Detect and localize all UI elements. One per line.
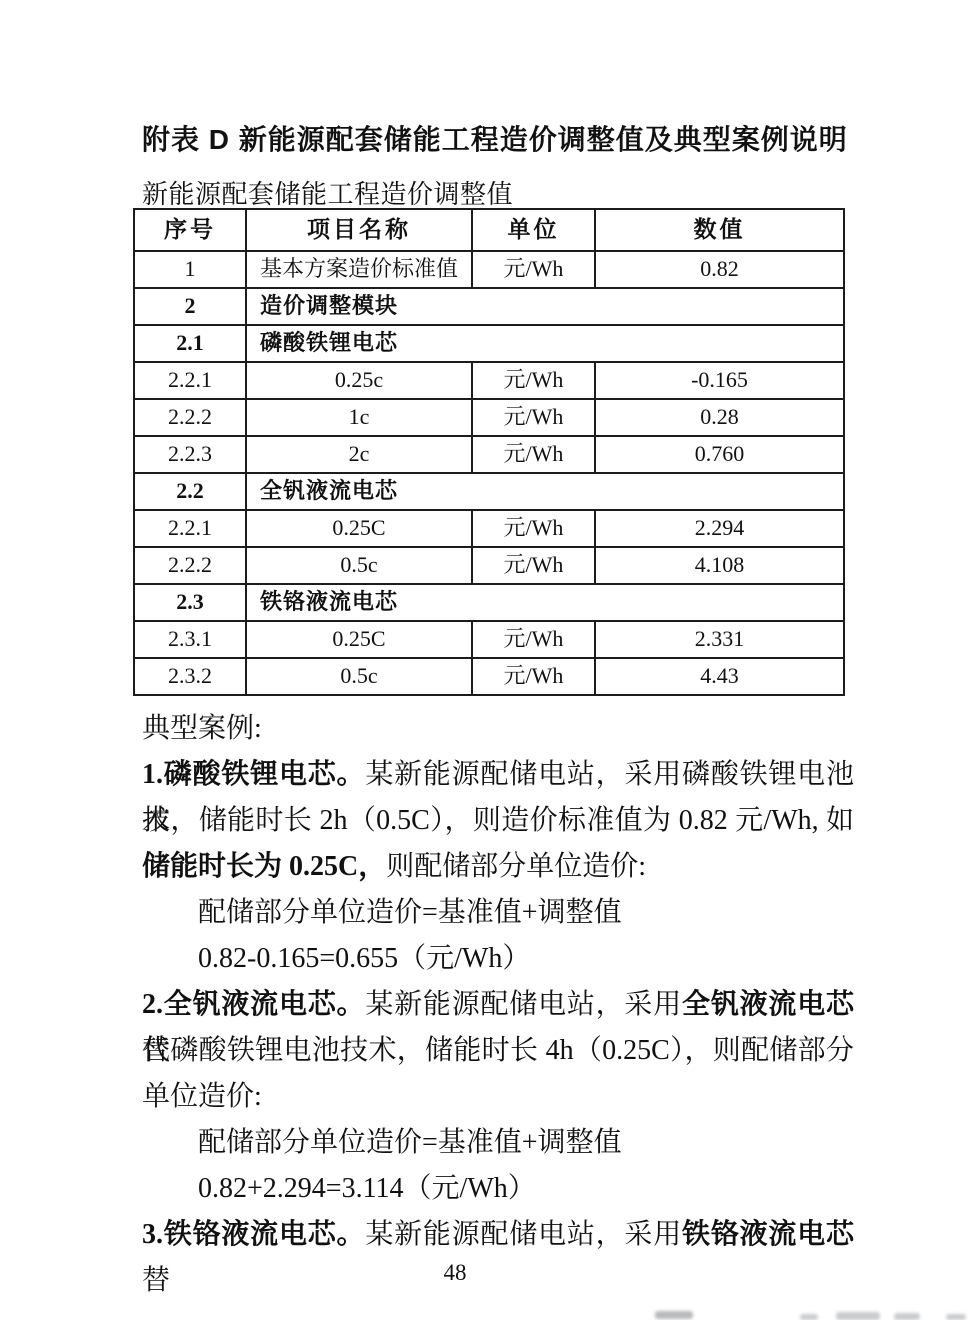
header-cell-unit: 单位 — [472, 209, 595, 251]
case-line: 术，储能时长 2h（0.5C），则造价标准值为 0.82 元/Wh, 如 — [142, 798, 854, 844]
cost-adjustment-table: 序号 项目名称 单位 数值 1 基本方案造价标准值 元/Wh 0.82 2 造价… — [133, 208, 845, 696]
cell-name: 0.25C — [246, 621, 472, 658]
table-row: 2.3.1 0.25C 元/Wh 2.331 — [134, 621, 844, 658]
case-formula-line: 配储部分单位造价=基准值+调整值 — [142, 1120, 854, 1166]
cell-unit: 元/Wh — [472, 621, 595, 658]
page-title: 附表 D 新能源配套储能工程造价调整值及典型案例说明 — [142, 118, 862, 158]
cell-name: 基本方案造价标准值 — [246, 251, 472, 288]
cell-name: 0.25C — [246, 510, 472, 547]
case-line: 单位造价: — [142, 1074, 854, 1120]
cell-unit: 元/Wh — [472, 547, 595, 584]
cell-name: 1c — [246, 399, 472, 436]
cell-value: -0.165 — [595, 362, 844, 399]
table-row: 2.2.1 0.25C 元/Wh 2.294 — [134, 510, 844, 547]
case-formula-line: 0.82+2.294=3.114（元/Wh） — [142, 1166, 854, 1212]
watermark-fragment — [946, 1314, 966, 1320]
case-term: 1.磷酸铁锂电芯。 — [142, 759, 365, 790]
cell-value: 0.28 — [595, 399, 844, 436]
cell-no: 2.2.1 — [134, 510, 246, 547]
cell-no: 2.2.2 — [134, 399, 246, 436]
cell-no: 2.2.2 — [134, 547, 246, 584]
cell-name: 0.5c — [246, 547, 472, 584]
case-line: 代磷酸铁锂电池技术，储能时长 4h（0.25C），则配储部分 — [142, 1028, 854, 1074]
table-row: 2.2.1 0.25c 元/Wh -0.165 — [134, 362, 844, 399]
cell-value: 0.82 — [595, 251, 844, 288]
watermark-fragment — [836, 1312, 880, 1320]
cell-unit: 元/Wh — [472, 251, 595, 288]
case-line: 储能时长为 0.25C，则配储部分单位造价: — [142, 844, 854, 890]
cell-group-name: 全钒液流电芯 — [246, 473, 844, 510]
case-formula-line: 0.82-0.165=0.655（元/Wh） — [142, 936, 854, 982]
case-section-heading: 典型案例: — [142, 706, 854, 752]
table-row: 2.2.3 2c 元/Wh 0.760 — [134, 436, 844, 473]
cell-unit: 元/Wh — [472, 399, 595, 436]
typical-cases-section: 典型案例: 1.磷酸铁锂电芯。某新能源配储电站，采用磷酸铁锂电池技 术，储能时长… — [142, 706, 854, 1258]
cell-unit: 元/Wh — [472, 658, 595, 695]
cell-name: 0.25c — [246, 362, 472, 399]
cell-no: 2.2.3 — [134, 436, 246, 473]
table-row: 2.3.2 0.5c 元/Wh 4.43 — [134, 658, 844, 695]
table-title: 新能源配套储能工程造价调整值 — [142, 174, 742, 211]
table-row: 2.2.2 1c 元/Wh 0.28 — [134, 399, 844, 436]
case-term: 2.全钒液流电芯。 — [142, 989, 365, 1020]
cell-value: 0.760 — [595, 436, 844, 473]
cell-no: 2.2 — [134, 473, 246, 510]
cell-group-name: 铁铬液流电芯 — [246, 584, 844, 621]
watermark-fragment — [655, 1311, 693, 1319]
header-cell-value: 数值 — [595, 209, 844, 251]
cell-value: 2.331 — [595, 621, 844, 658]
watermark-fragment — [800, 1314, 818, 1320]
table-group-row: 2 造价调整模块 — [134, 288, 844, 325]
table-group-row: 2.2 全钒液流电芯 — [134, 473, 844, 510]
cell-no: 2.2.1 — [134, 362, 246, 399]
cell-value: 2.294 — [595, 510, 844, 547]
cell-no: 2.3 — [134, 584, 246, 621]
table-group-row: 2.1 磷酸铁锂电芯 — [134, 325, 844, 362]
case-line: 2.全钒液流电芯。某新能源配储电站，采用全钒液流电芯替 — [142, 982, 854, 1028]
page-number: 48 — [385, 1260, 525, 1286]
header-cell-name: 项目名称 — [246, 209, 472, 251]
case-line: 1.磷酸铁锂电芯。某新能源配储电站，采用磷酸铁锂电池技 — [142, 752, 854, 798]
table-row: 1 基本方案造价标准值 元/Wh 0.82 — [134, 251, 844, 288]
cell-unit: 元/Wh — [472, 362, 595, 399]
cell-name: 2c — [246, 436, 472, 473]
cell-group-name: 造价调整模块 — [246, 288, 844, 325]
document-page: { "page": { "title": "附表 D 新能源配套储能工程造价调整… — [0, 0, 970, 1320]
case-line: 3.铁铬液流电芯。某新能源配储电站，采用铁铬液流电芯替 — [142, 1212, 854, 1258]
cell-unit: 元/Wh — [472, 436, 595, 473]
header-cell-no: 序号 — [134, 209, 246, 251]
table-row: 2.2.2 0.5c 元/Wh 4.108 — [134, 547, 844, 584]
cell-no: 2.3.2 — [134, 658, 246, 695]
cell-value: 4.108 — [595, 547, 844, 584]
case-formula-line: 配储部分单位造价=基准值+调整值 — [142, 890, 854, 936]
cell-unit: 元/Wh — [472, 510, 595, 547]
case-term: 全钒液流电芯 — [682, 989, 854, 1020]
cell-group-name: 磷酸铁锂电芯 — [246, 325, 844, 362]
case-term: 3.铁铬液流电芯。 — [142, 1219, 365, 1250]
cell-no: 2 — [134, 288, 246, 325]
case-term: 铁铬液流电芯 — [682, 1219, 854, 1250]
cell-no: 2.3.1 — [134, 621, 246, 658]
watermark-fragment — [894, 1313, 920, 1320]
cell-no: 2.1 — [134, 325, 246, 362]
cell-no: 1 — [134, 251, 246, 288]
cell-name: 0.5c — [246, 658, 472, 695]
cell-value: 4.43 — [595, 658, 844, 695]
table-header-row: 序号 项目名称 单位 数值 — [134, 209, 844, 251]
case-term: 储能时长为 0.25C， — [142, 851, 386, 882]
table-group-row: 2.3 铁铬液流电芯 — [134, 584, 844, 621]
